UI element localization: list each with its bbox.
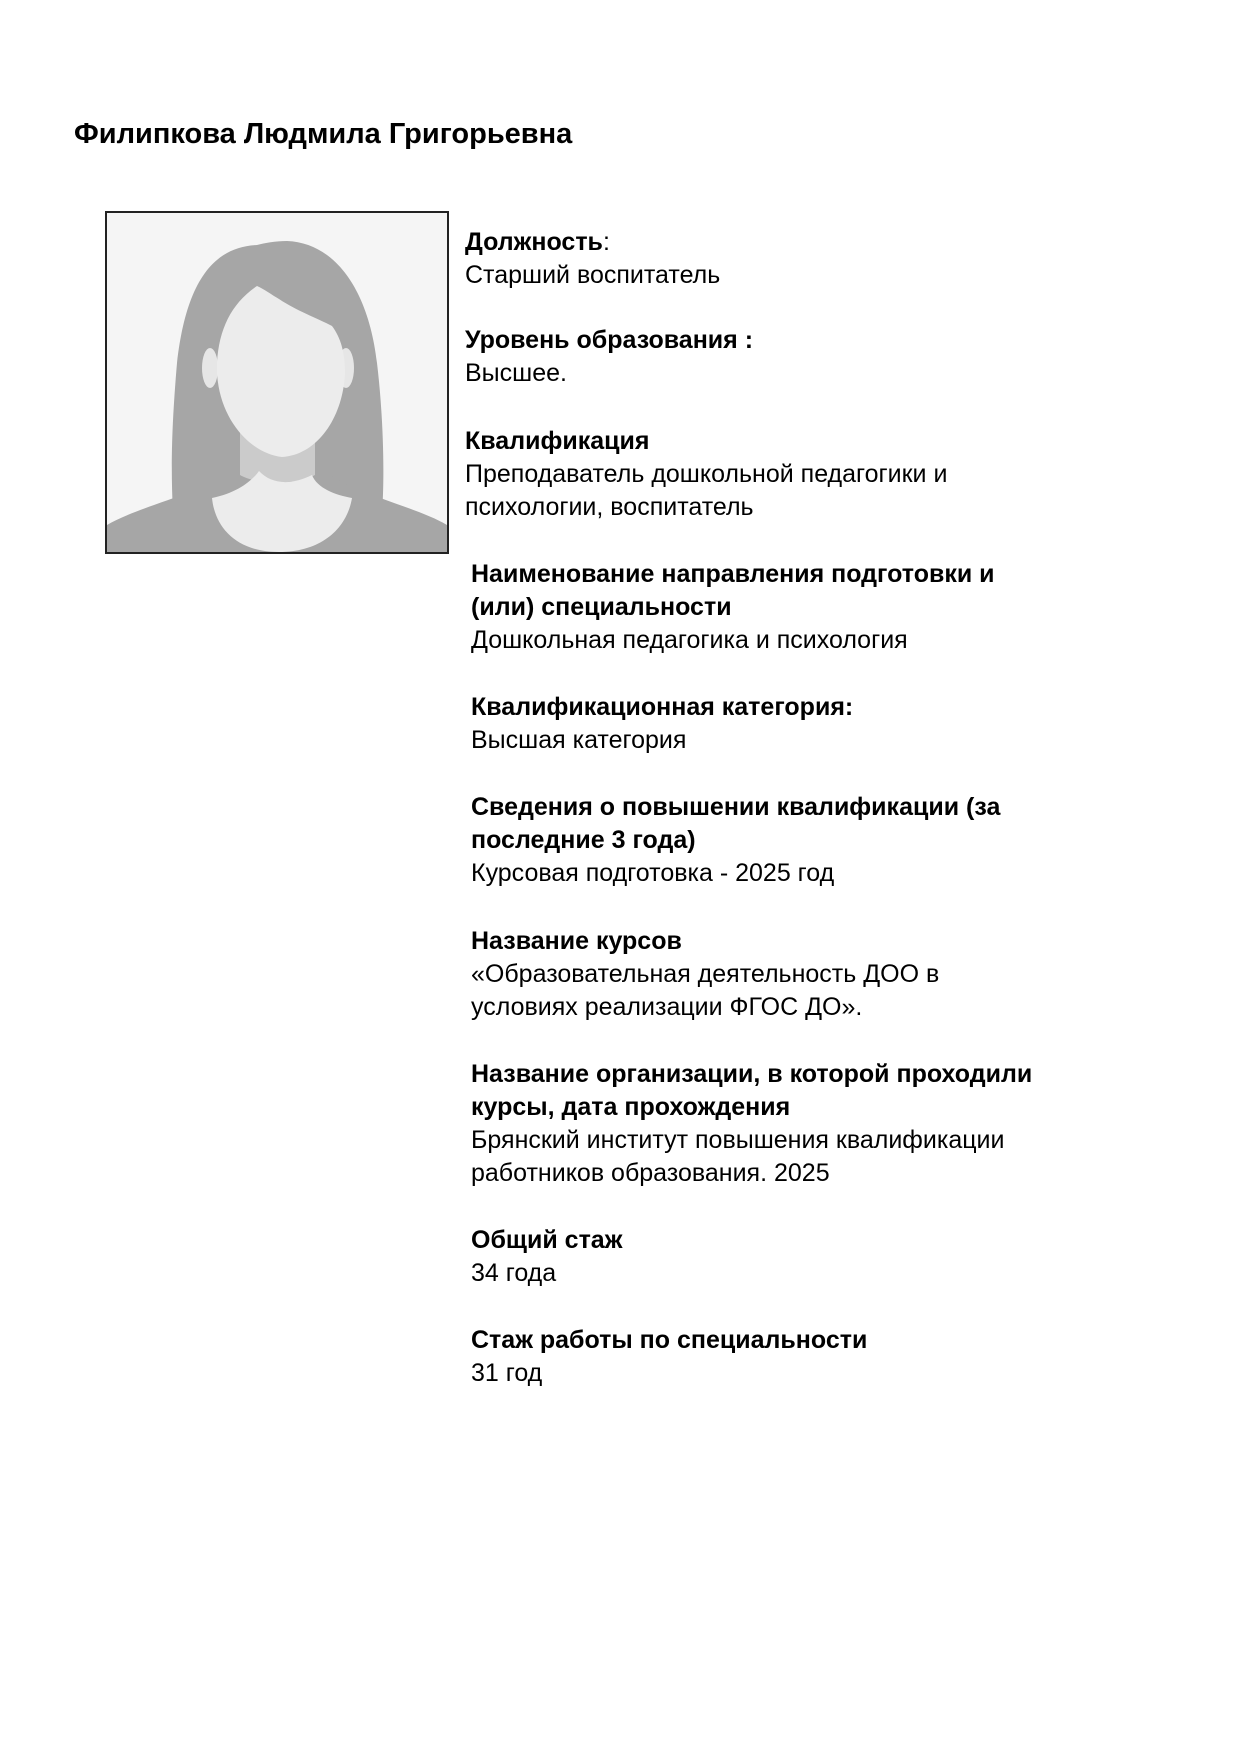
field-label: Квалификация	[465, 425, 1165, 458]
field-value: Старший воспитатель	[465, 259, 1165, 292]
field-label: Квалификационная категория:	[471, 691, 1171, 724]
field-label-line: Сведения о повышении квалификации (за	[471, 791, 1171, 824]
field-value: Высшая категория	[471, 724, 1171, 757]
field-qualification-category: Квалификационная категория: Высшая катег…	[471, 691, 1171, 757]
field-label: Стаж работы по специальности	[471, 1324, 1171, 1357]
field-education-level: Уровень образования : Высшее.	[465, 324, 1165, 390]
field-specialty-experience: Стаж работы по специальности 31 год	[471, 1324, 1171, 1390]
field-label: Общий стаж	[471, 1224, 1171, 1257]
field-value: Курсовая подготовка - 2025 год	[471, 857, 1171, 890]
field-label: Должность:	[465, 226, 1165, 259]
field-course-name: Название курсов «Образовательная деятель…	[471, 925, 1171, 1024]
field-label-line: (или) специальности	[471, 591, 1171, 624]
field-value: 34 года	[471, 1257, 1171, 1290]
field-qualification: Квалификация Преподаватель дошкольной пе…	[465, 425, 1165, 524]
field-label-line: последние 3 года)	[471, 824, 1171, 857]
field-value-line: Преподаватель дошкольной педагогики и	[465, 458, 1165, 491]
field-value-line: «Образовательная деятельность ДОО в	[471, 958, 1171, 991]
field-value-line: Брянский институт повышения квалификации	[471, 1124, 1171, 1157]
field-total-experience: Общий стаж 34 года	[471, 1224, 1171, 1290]
field-value-line: условиях реализации ФГОС ДО».	[471, 991, 1171, 1024]
field-value: 31 год	[471, 1357, 1171, 1390]
profile-photo	[105, 211, 449, 554]
field-value: Дошкольная педагогика и психология	[471, 624, 1171, 657]
field-label-line: курсы, дата прохождения	[471, 1091, 1171, 1124]
female-avatar-placeholder-icon	[107, 213, 447, 552]
field-value: Высшее.	[465, 357, 1165, 390]
field-organization: Название организации, в которой проходил…	[471, 1058, 1171, 1190]
field-position: Должность: Старший воспитатель	[465, 226, 1165, 292]
field-label: Уровень образования :	[465, 324, 1165, 357]
field-professional-development: Сведения о повышении квалификации (за по…	[471, 791, 1171, 890]
field-value-line: работников образования. 2025	[471, 1157, 1171, 1190]
field-label-line: Название организации, в которой проходил…	[471, 1058, 1171, 1091]
field-specialty: Наименование направления подготовки и (и…	[471, 558, 1171, 657]
person-name: Филипкова Людмила Григорьевна	[74, 118, 572, 151]
field-value-line: психологии, воспитатель	[465, 491, 1165, 524]
field-label: Название курсов	[471, 925, 1171, 958]
field-label-line: Наименование направления подготовки и	[471, 558, 1171, 591]
